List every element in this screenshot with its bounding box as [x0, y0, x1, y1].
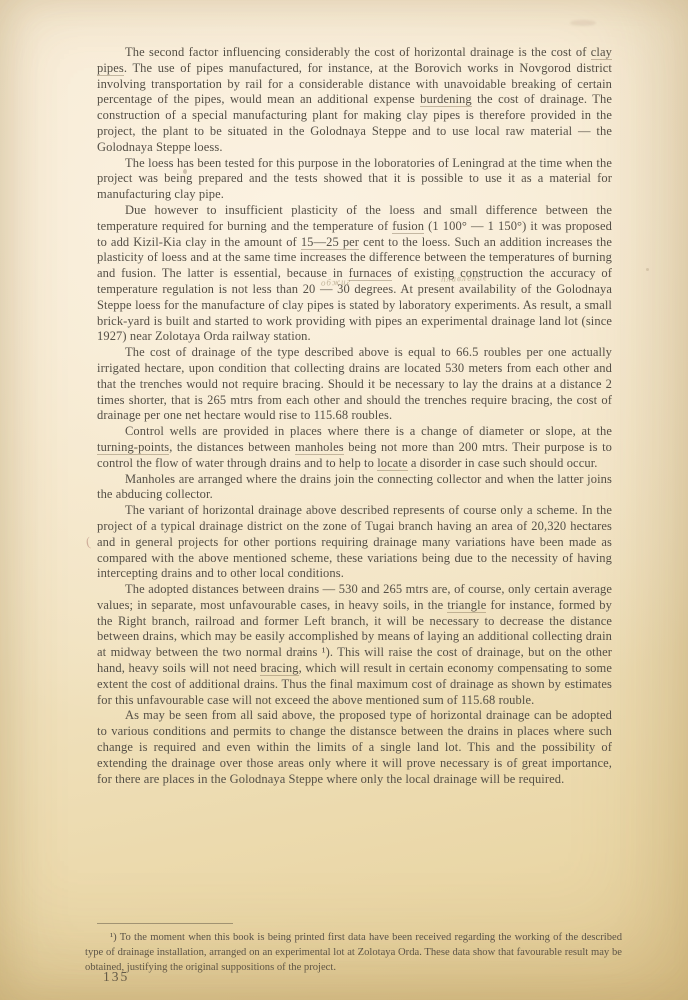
- pencil-underline: 15—25 per: [301, 235, 359, 250]
- paragraph: The cost of drainage of the type describ…: [97, 345, 612, 424]
- paragraph: The second factor influencing considerab…: [97, 45, 612, 156]
- pencil-underline: bracing: [260, 661, 298, 676]
- paper-speck: [646, 268, 649, 271]
- pencil-margin-mark: (: [85, 534, 92, 550]
- pencil-underline: locate: [377, 456, 407, 471]
- paragraph: Control wells are provided in places whe…: [97, 424, 612, 471]
- footnote: ¹) To the moment when this book is being…: [85, 930, 622, 975]
- footnote-separator-rule: [97, 923, 233, 924]
- paragraph: Due however to insufficient plasticity o…: [97, 203, 612, 345]
- pencil-underline: clay pipes: [97, 45, 612, 76]
- paragraph: As may be seen from all said above, the …: [97, 708, 612, 787]
- scanned-book-page: The second factor influencing considerab…: [0, 0, 688, 1000]
- main-text: The second factor influencing considerab…: [97, 45, 612, 787]
- pencil-underline: fusion: [392, 219, 424, 234]
- pencil-underline: burdening: [420, 92, 472, 107]
- pencil-underline: turning-points: [97, 440, 169, 455]
- pencil-underline: manholes: [295, 440, 344, 455]
- paragraph: The adopted distances between drains — 5…: [97, 582, 612, 708]
- pencil-underline: furnaces: [349, 266, 392, 281]
- pencil-underline: triangle: [447, 598, 486, 613]
- paragraph: The variant of horizontal drainage above…: [97, 503, 612, 582]
- paper-smudge: [570, 20, 596, 26]
- paragraph: The loess has been tested for this purpo…: [97, 156, 612, 203]
- paragraph: Manholes are arranged where the drains j…: [97, 472, 612, 504]
- page-number: 135: [103, 969, 129, 985]
